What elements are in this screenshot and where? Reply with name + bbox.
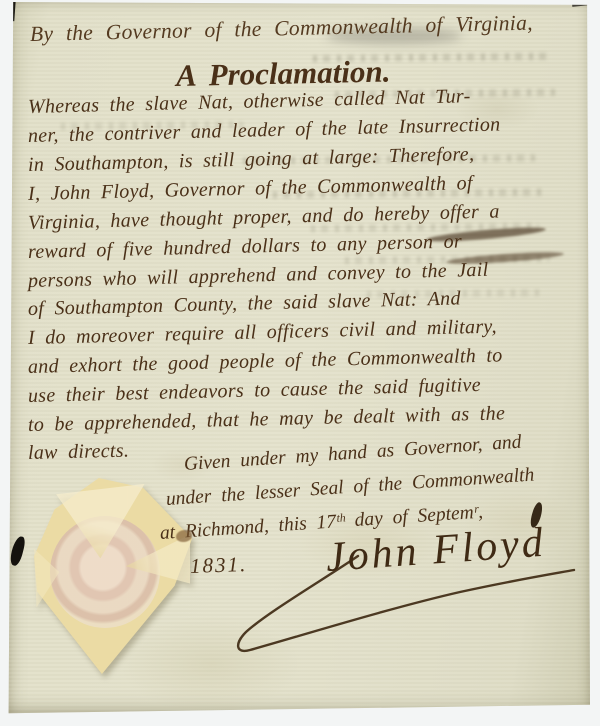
body-line: use their best endeavors to cause the sa… xyxy=(28,374,481,408)
body-line: Whereas the slave Nat, otherwise called … xyxy=(28,85,471,119)
body-line: I, John Floyd, Governor of the Commonwea… xyxy=(28,172,473,206)
issuer-line: By the Governor of the Commonwealth of V… xyxy=(30,11,533,47)
scan-corner-mark xyxy=(7,0,15,21)
signature-flourish xyxy=(230,550,580,660)
body-line: to be apprehended, that he may be dealt … xyxy=(28,402,506,437)
body-line: in Southampton, is still going at large:… xyxy=(28,143,475,177)
edge-ink-mark xyxy=(9,535,27,567)
scan-corner-mark xyxy=(572,0,591,7)
body-line: I do moreover require all officers civil… xyxy=(28,316,497,350)
body-line: ner, the contriver and leader of the lat… xyxy=(28,113,501,148)
document-paper: By the Governor of the Commonwealth of V… xyxy=(8,2,590,714)
body-line: and exhort the good people of the Common… xyxy=(28,344,503,379)
body-line: of Southampton County, the said slave Na… xyxy=(28,287,461,321)
body-line: law directs. xyxy=(28,440,130,465)
